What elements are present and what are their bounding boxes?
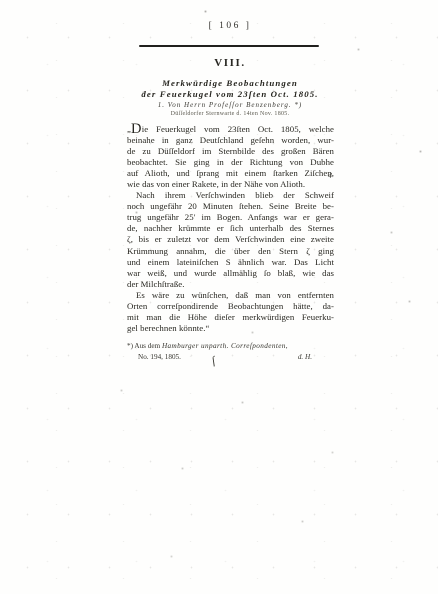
scan-specks <box>0 0 1 1</box>
body-line: beinahe in ganz Deutſchland geſehn worde… <box>127 135 334 146</box>
page-number: [ 106 ] <box>126 21 334 31</box>
footnote-issue-number: No. 194, 1805. <box>138 352 181 363</box>
body-line: Orten correſpondirende Beobachtungen hät… <box>127 301 334 312</box>
footnote-line1: *) Aus dem Hamburger unparth. Correſpond… <box>127 341 334 352</box>
body-line: der Milchſtraße. <box>127 279 334 290</box>
body-line: und einem lateiniſchen S ähnlich war. Da… <box>127 257 334 268</box>
body-line: Es wäre zu wünſchen, daß man von entfern… <box>127 290 334 301</box>
article-title-line1: Merkwürdige Beobachtungen <box>118 78 342 89</box>
body-line: de, nachher krümmte er ſich unterhalb de… <box>127 223 334 234</box>
dateline: Düſſeldorfer Sternwarte d. 14ten Nov. 18… <box>118 111 342 117</box>
body-line: war weiß, und wurde allmählig ſo blaß, w… <box>127 268 334 279</box>
article-title: Merkwürdige Beobachtungen der Feuerkugel… <box>118 78 342 100</box>
body-line-text: ie Feuerkugel vom 23ſten Oct. 1805, welc… <box>142 124 334 134</box>
footnote: *) Aus dem Hamburger unparth. Correſpond… <box>127 341 334 363</box>
header-rule <box>139 45 319 47</box>
body-line: Krümmung annahm, die über den Stern ζ gi… <box>127 246 334 257</box>
body-line: wie das von einer Rakete, in der Nähe vo… <box>127 179 334 190</box>
body-line: Nach ihrem Verſchwinden blieb der Schwei… <box>127 190 334 201</box>
section-number: VIII. <box>126 57 334 69</box>
byline: 1. Von Herrn Profeſſor Benzenberg. *) <box>118 101 342 109</box>
body-line: gel berechnen könnte.“ <box>127 323 334 334</box>
footnote-marker: *) Aus dem <box>127 342 162 350</box>
footnote-source: Hamburger unparth. Correſpondenten, <box>162 342 288 350</box>
body-line: ζ, bis er zuletzt vor dem Verſchwinden e… <box>127 234 334 245</box>
body-line: auf Alioth, und ſprang mit einem ſtarken… <box>127 168 334 179</box>
dropcap-letter: D <box>131 121 142 137</box>
article-body: „Die Feuerkugel vom 23ſten Oct. 1805, we… <box>127 124 334 334</box>
body-line: beobachtet. Sie ging in der Richtung von… <box>127 157 334 168</box>
body-line: mit man die Höhe dieſer merkwürdigen Feu… <box>127 312 334 323</box>
body-line: „Die Feuerkugel vom 23ſten Oct. 1805, we… <box>127 124 334 135</box>
footnote-line2: No. 194, 1805. d. H. <box>127 352 334 363</box>
body-line: noch ungefähr 20 Minuten ſtehen. Seine B… <box>127 201 334 212</box>
body-line: de zu Düſſeldorf im Sternbilde des große… <box>127 146 334 157</box>
body-line: trug ungefähr 25′ im Bogen. Anfangs war … <box>127 212 334 223</box>
editor-initials: d. H. <box>298 352 312 363</box>
scanned-page: [ 106 ] VIII. Merkwürdige Beobachtungen … <box>0 0 438 594</box>
article-title-line2: der Feuerkugel vom 23ſten Oct. 1805. <box>118 89 342 100</box>
